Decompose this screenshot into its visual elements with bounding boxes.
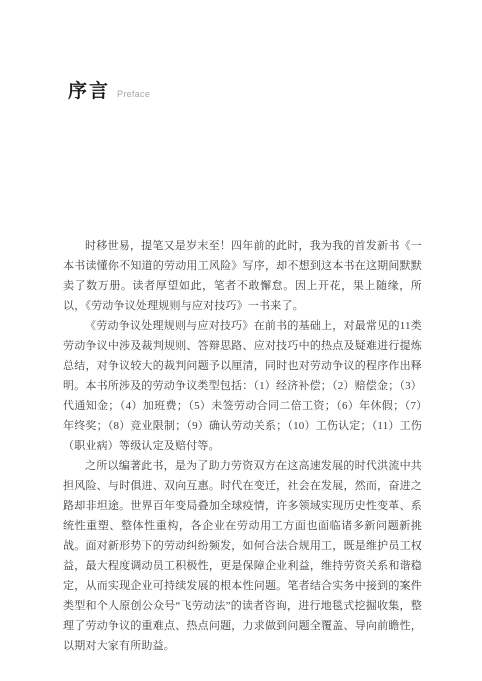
page-header: 序言 Preface [68, 82, 150, 101]
preface-text: 时移世易，提笔又是岁末至！四年前的此时，我为我的首发新书《一本书读懂你不知道的劳… [63, 236, 422, 656]
paragraph-3: 之所以编著此书，是为了助力劳资双方在这高速发展的时代洪流中共担风险、与时俱进、双… [63, 456, 422, 656]
title-chinese: 序言 [68, 82, 110, 101]
preface-page: 序言 Preface 时移世易，提笔又是岁末至！四年前的此时，我为我的首发新书《… [0, 0, 482, 681]
paragraph-1: 时移世易，提笔又是岁末至！四年前的此时，我为我的首发新书《一本书读懂你不知道的劳… [63, 236, 422, 316]
page-title: 序言 Preface [68, 82, 150, 101]
paragraph-2: 《劳动争议处理规则与应对技巧》在前书的基础上，对最常见的11类劳动争议中涉及裁判… [63, 316, 422, 456]
title-english: Preface [117, 90, 150, 99]
